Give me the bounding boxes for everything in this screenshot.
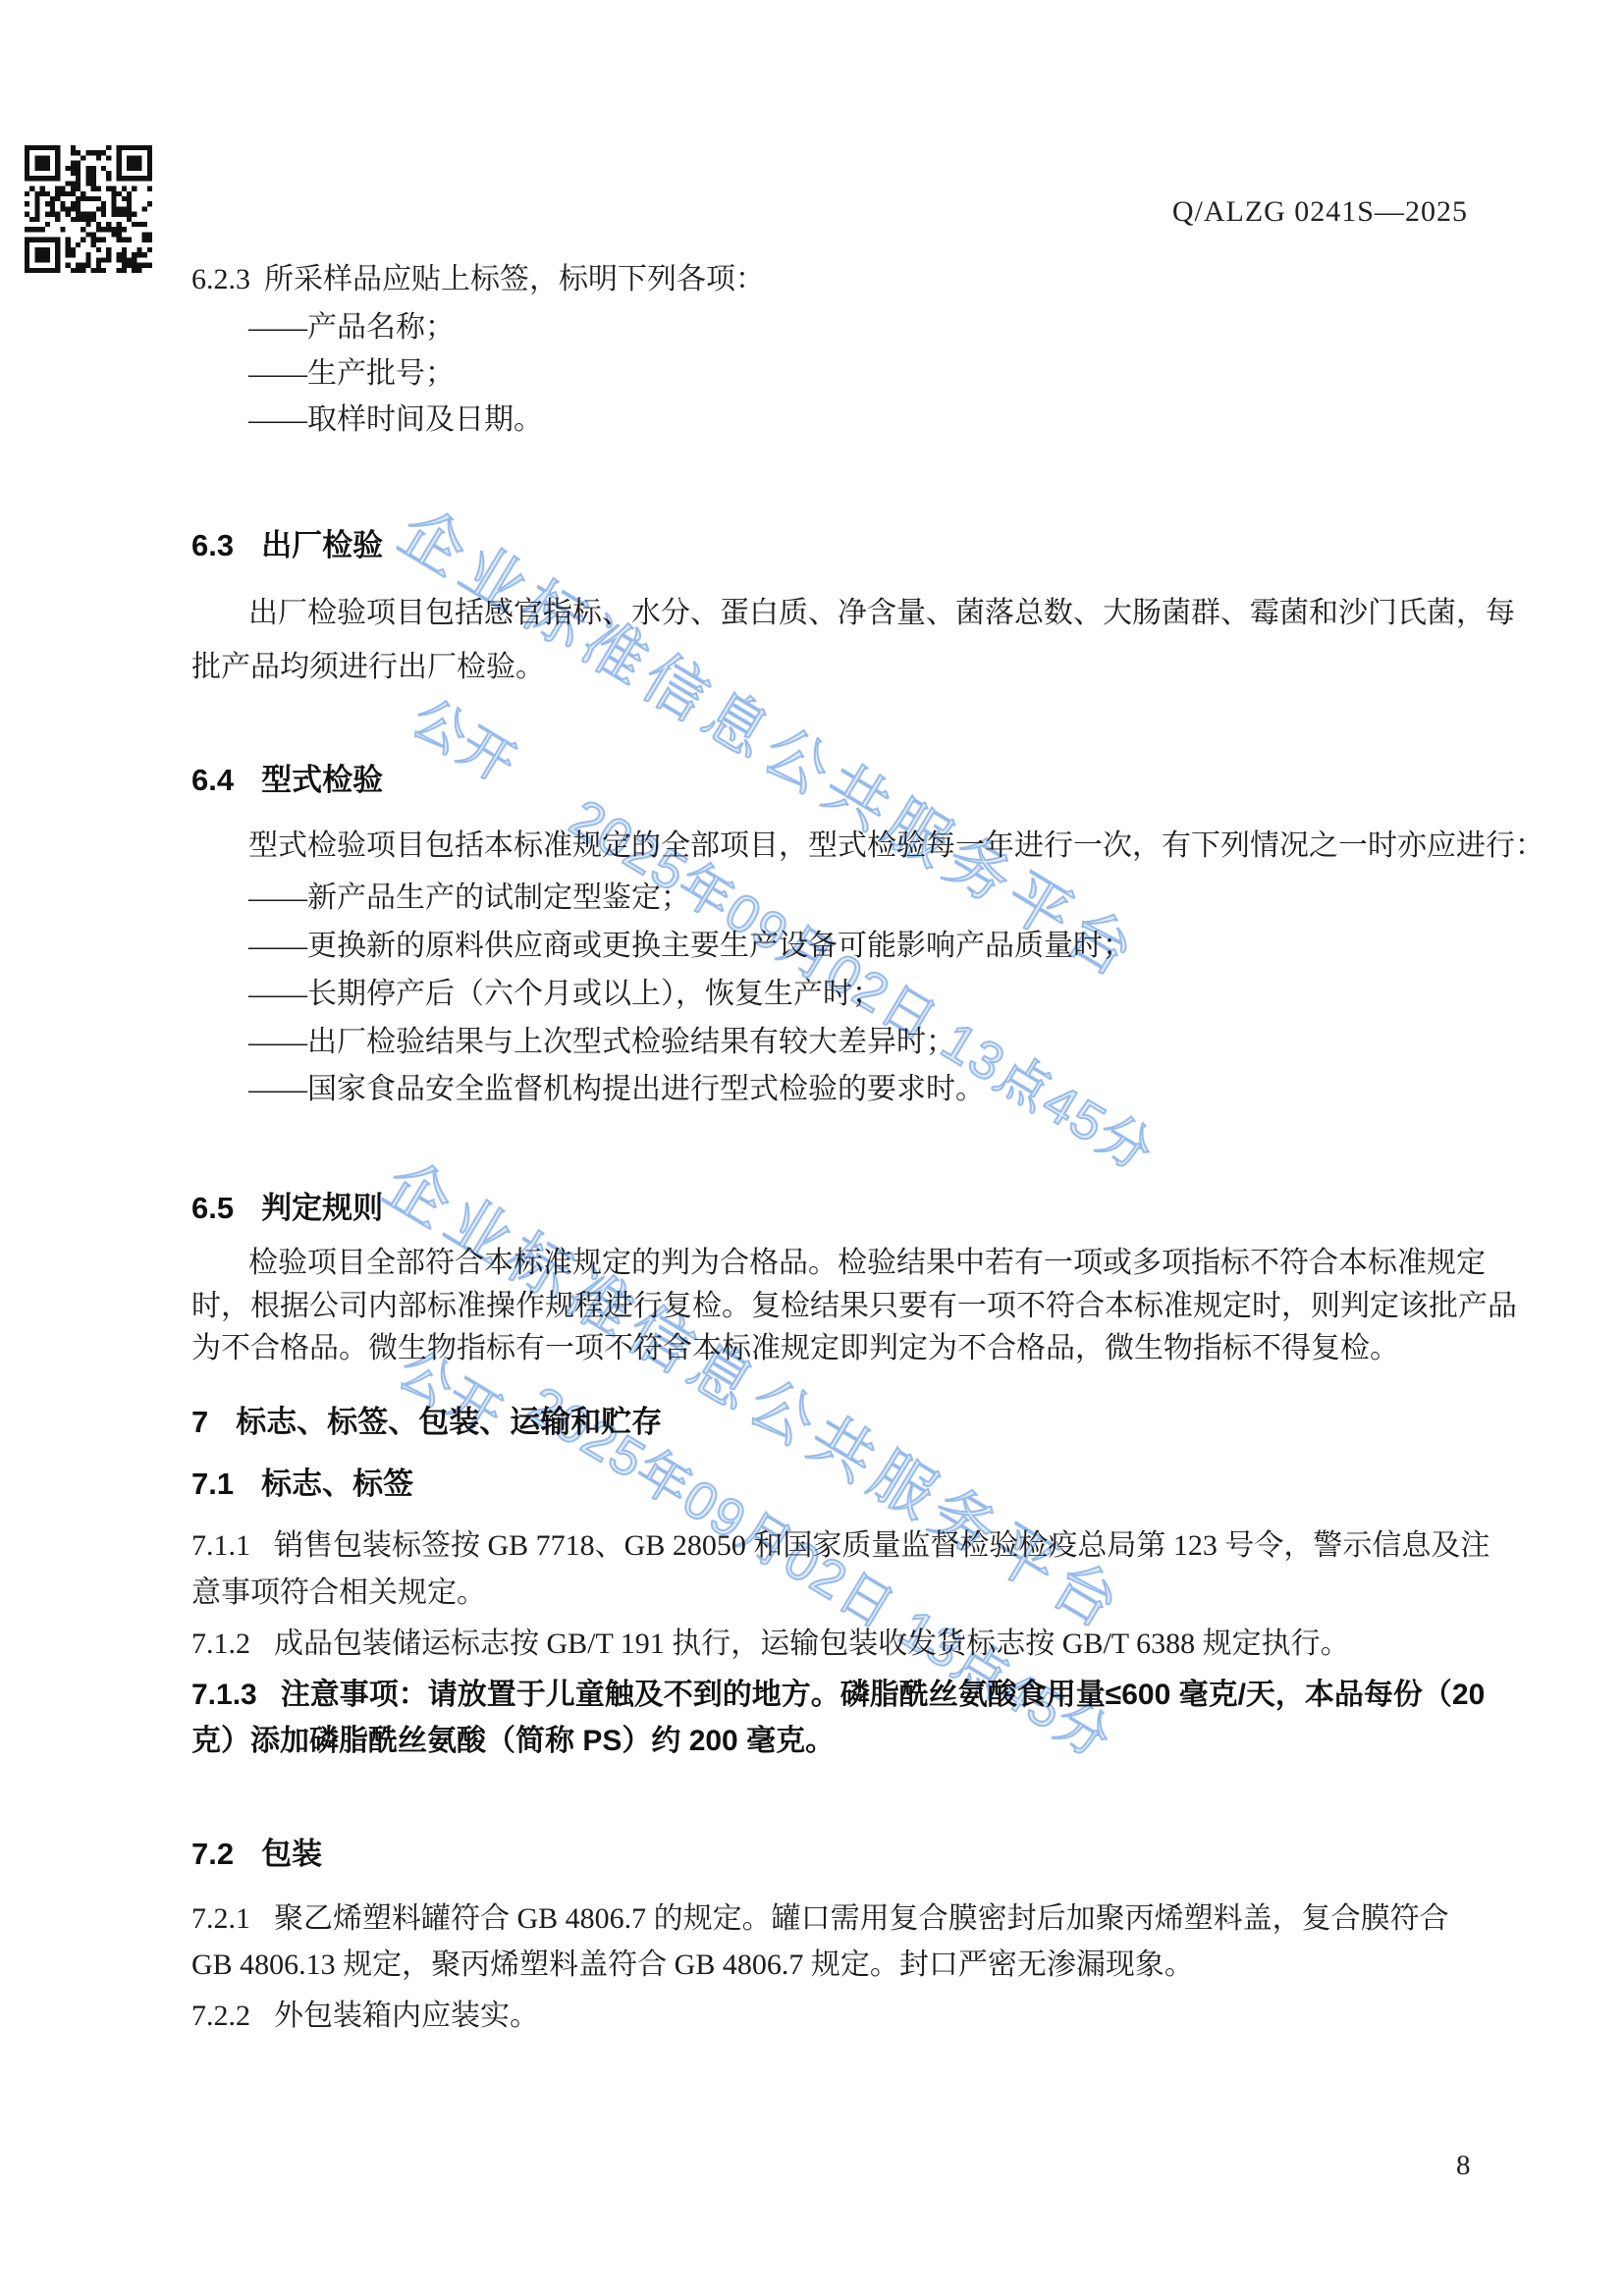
doc-code: Q/ALZG 0241S—2025	[1172, 195, 1468, 229]
paragraph-line: 批产品均须进行出厂检验。	[191, 649, 545, 686]
watermark-line: 企业标准信息公共服务平台	[386, 483, 1160, 997]
list-item: ——长期停产后（六个月或以上），恢复生产时；	[248, 976, 882, 1013]
clause-number: 7.2.2	[191, 1998, 250, 2035]
paragraph-line: 意事项符合相关规定。	[191, 1575, 486, 1612]
section-title: 包装	[261, 1837, 322, 1871]
clause-text: 销售包装标签按 GB 7718、GB 28050 和国家质量监督检验检疫总局第 …	[274, 1529, 1489, 1562]
document-page: 企业标准信息公共服务平台 公开 2025年09月02日 13点45分 企业标准信…	[0, 0, 1624, 2296]
clause-number: 7.2.1	[191, 1900, 250, 1938]
list-item: ——国家食品安全监督机构提出进行型式检验的要求时。	[248, 1071, 985, 1108]
paragraph-line: 检验项目全部符合本标准规定的判为合格品。检验结果中若有一项或多项指标不符合本标准…	[248, 1245, 1486, 1282]
watermark-line: 公开	[400, 677, 533, 799]
clause-text: 外包装箱内应装实。	[274, 2000, 539, 2032]
section-heading-7-2: 7.2包装	[191, 1829, 322, 1873]
paragraph-line: 时，根据公司内部标准操作规程进行复检。复检结果只要有一项不符合本标准规定时，则判…	[191, 1288, 1517, 1325]
section-number: 6.5	[191, 1191, 234, 1226]
paragraph-line: GB 4806.13 规定，聚丙烯塑料盖符合 GB 4806.7 规定。封口严密…	[191, 1947, 1194, 1984]
clause-7-1-3-warning: 7.1.3注意事项：请放置于儿童触及不到的地方。磷脂酰丝氨酸食用量≤600 毫克…	[191, 1677, 1485, 1714]
list-item: ——产品名称；	[248, 309, 455, 347]
list-item: ——取样时间及日期。	[248, 401, 543, 439]
section-number: 6.3	[191, 528, 234, 563]
qr-code	[25, 145, 152, 273]
section-heading-7: 7标志、标签、包装、运输和贮存	[191, 1397, 662, 1441]
paragraph-line: 型式检验项目包括本标准规定的全部项目，型式检验每一年进行一次，有下列情况之一时亦…	[248, 828, 1544, 865]
section-heading-6-3: 6.3出厂检验	[191, 520, 383, 564]
clause-7-2-1: 7.2.1聚乙烯塑料罐符合 GB 4806.7 的规定。罐口需用复合膜密封后加聚…	[191, 1900, 1449, 1938]
paragraph-line: 出厂检验项目包括感官指标、水分、蛋白质、净含量、菌落总数、大肠菌群、霉菌和沙门氏…	[248, 595, 1515, 632]
section-title: 出厂检验	[261, 528, 383, 562]
paragraph-line: 克）添加磷脂酰丝氨酸（简称 PS）约 200 毫克。	[191, 1723, 835, 1760]
clause-text: 聚乙烯塑料罐符合 GB 4806.7 的规定。罐口需用复合膜密封后加聚丙烯塑料盖…	[274, 1902, 1449, 1935]
clause-7-1-1: 7.1.1销售包装标签按 GB 7718、GB 28050 和国家质量监督检验检…	[191, 1527, 1489, 1565]
section-heading-7-1: 7.1标志、标签	[191, 1459, 413, 1503]
list-item: ——生产批号；	[248, 355, 455, 393]
clause-7-2-2: 7.2.2外包装箱内应装实。	[191, 1998, 539, 2035]
clause-text: 所采样品应贴上标签，标明下列各项：	[264, 263, 765, 295]
section-number: 6.4	[191, 763, 234, 798]
section-number: 7.2	[191, 1837, 234, 1872]
clause-text: 注意事项：请放置于儿童触及不到的地方。磷脂酰丝氨酸食用量≤600 毫克/天，本品…	[281, 1679, 1486, 1711]
clause-number: 7.1.1	[191, 1527, 250, 1565]
section-title: 标志、标签	[261, 1467, 413, 1501]
clause-number: 7.1.3	[191, 1677, 257, 1714]
list-item: ——出厂检验结果与上次型式检验结果有较大差异时；	[248, 1024, 955, 1061]
clause-number: 6.2.3	[191, 261, 250, 298]
clause-text: 成品包装储运标志按 GB/T 191 执行，运输包装收发货标志按 GB/T 63…	[274, 1628, 1350, 1660]
list-item: ——更换新的原料供应商或更换主要生产设备可能影响产品质量时；	[248, 928, 1132, 965]
clause-6-2-3: 6.2.3所采样品应贴上标签，标明下列各项：	[191, 261, 765, 298]
list-item: ——新产品生产的试制定型鉴定；	[248, 880, 690, 917]
section-number: 7	[191, 1405, 208, 1440]
paragraph-line: 为不合格品。微生物指标有一项不符合本标准规定即判定为不合格品，微生物指标不得复检…	[191, 1330, 1399, 1367]
clause-number: 7.1.2	[191, 1626, 250, 1663]
watermark-line: 企业标准信息公共服务平台	[371, 1135, 1145, 1649]
section-heading-6-4: 6.4型式检验	[191, 755, 383, 799]
section-number: 7.1	[191, 1467, 234, 1502]
page-number: 8	[1456, 2150, 1471, 2182]
section-title: 标志、标签、包装、运输和贮存	[236, 1405, 662, 1439]
section-heading-6-5: 6.5判定规则	[191, 1183, 383, 1227]
clause-7-1-2: 7.1.2成品包装储运标志按 GB/T 191 执行，运输包装收发货标志按 GB…	[191, 1626, 1350, 1663]
section-title: 型式检验	[261, 763, 383, 797]
section-title: 判定规则	[261, 1191, 383, 1225]
